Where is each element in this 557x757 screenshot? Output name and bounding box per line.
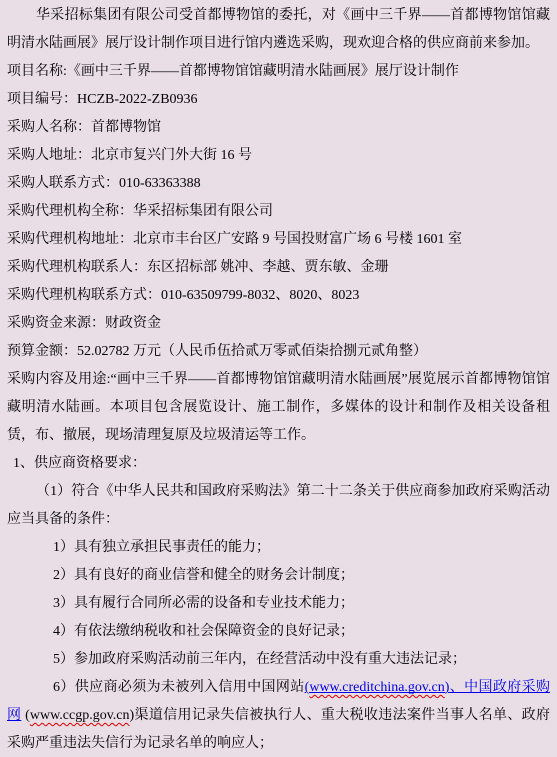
text-run: 华采招标集团有限公司受首都博物馆的委托，对《画中三千界——首都博物馆馆藏明清水陆…: [7, 8, 550, 51]
field-purchaser-address: 采购人地址：北京市复兴门外大街 16 号: [7, 142, 550, 170]
qualification-item-6: 6）供应商必须为未被列入信用中国网站(www.creditchina.gov.c…: [7, 674, 550, 757]
intro-paragraph: 华采招标集团有限公司受首都博物馆的委托，对《画中三千界——首都博物馆馆藏明清水陆…: [7, 2, 550, 58]
text-run: 采购代理机构联系方式：010-63509799-8032、8020、8023: [7, 288, 359, 303]
misspelled-url-text: www.creditchina.gov.cn: [309, 680, 444, 695]
text-run: 采购人名称：首都博物馆: [7, 120, 161, 135]
text-run: 3）具有履行合同所必需的设备和专业技术能力；: [53, 596, 354, 611]
field-project-number: 项目编号：HCZB-2022-ZB0936: [7, 86, 550, 114]
clause-1-law-article-22: （1）符合《中华人民共和国政府采购法》第二十二条关于供应商参加政府采购活动应当具…: [7, 478, 550, 534]
creditchina-gov-link[interactable]: www.creditchina.gov.cn: [309, 680, 444, 695]
field-agency-contacts: 采购代理机构联系人：东区招标部 姚冲、李越、贾东敏、金珊: [7, 254, 550, 282]
field-agency-address: 采购代理机构地址：北京市丰台区广安路 9 号国投财富广场 6 号楼 1601 室: [7, 226, 550, 254]
text-run: 5）参加政府采购活动前三年内，在经营活动中没有重大违法记录；: [53, 652, 466, 667]
text-run: 预算金额：52.02782 万元（人民币伍拾贰万零贰佰柒拾捌元贰角整）: [7, 344, 427, 359]
text-run: 采购代理机构地址：北京市丰台区广安路 9 号国投财富广场 6 号楼 1601 室: [7, 232, 462, 247]
qualification-item-5: 5）参加政府采购活动前三年内，在经营活动中没有重大违法记录；: [7, 646, 550, 674]
text-run: 1）具有独立承担民事责任的能力；: [53, 540, 270, 555]
section-supplier-qualification-heading: 1、供应商资格要求：: [7, 450, 550, 478]
text-run: （1）符合《中华人民共和国政府采购法》第二十二条关于供应商参加政府采购活动应当具…: [7, 484, 550, 527]
text-run: 采购代理机构全称：华采招标集团有限公司: [7, 204, 273, 219]
procurement-notice-document: 华采招标集团有限公司受首都博物馆的委托，对《画中三千界——首都博物馆馆藏明清水陆…: [7, 2, 550, 757]
text-run: 4）有依法缴纳税收和社会保障资金的良好记录；: [53, 624, 354, 639]
text-run: 采购人地址：北京市复兴门外大街 16 号: [7, 148, 252, 163]
text-run: 2）具有良好的商业信誉和健全的财务会计制度；: [53, 568, 354, 583]
field-agency-phone: 采购代理机构联系方式：010-63509799-8032、8020、8023: [7, 282, 550, 310]
field-content-purpose: 采购内容及用途:“画中三千界——首都博物馆馆藏明清水陆画展”展览展示首都博物馆馆…: [7, 366, 550, 450]
text-run: 采购代理机构联系人：东区招标部 姚冲、李越、贾东敏、金珊: [7, 260, 389, 275]
qualification-item-4: 4）有依法缴纳税收和社会保障资金的良好记录；: [7, 618, 550, 646]
text-run: 采购资金来源：财政资金: [7, 316, 161, 331]
ccgp-url-text: www.ccgp.gov.cn: [30, 708, 130, 723]
text-run: 项目名称:《画中三千界——首都博物馆馆藏明清水陆画展》展厅设计制作: [7, 64, 459, 79]
field-project-name: 项目名称:《画中三千界——首都博物馆馆藏明清水陆画展》展厅设计制作: [7, 58, 550, 86]
text-run: 1、供应商资格要求：: [13, 456, 146, 471]
text-run: 项目编号：HCZB-2022-ZB0936: [7, 92, 198, 107]
field-budget-amount: 预算金额：52.02782 万元（人民币伍拾贰万零贰佰柒拾捌元贰角整）: [7, 338, 550, 366]
qualification-item-1: 1）具有独立承担民事责任的能力；: [7, 534, 550, 562]
text-run: 采购内容及用途:“画中三千界——首都博物馆馆藏明清水陆画展”展览展示首都博物馆馆…: [7, 372, 550, 443]
field-purchaser-name: 采购人名称：首都博物馆: [7, 114, 550, 142]
qualification-item-3: 3）具有履行合同所必需的设备和专业技术能力；: [7, 590, 550, 618]
field-purchaser-phone: 采购人联系方式：010-63363388: [7, 170, 550, 198]
field-agency-name: 采购代理机构全称：华采招标集团有限公司: [7, 198, 550, 226]
text-run: 采购人联系方式：010-63363388: [7, 176, 201, 191]
qualification-item-2: 2）具有良好的商业信誉和健全的财务会计制度；: [7, 562, 550, 590]
text-run: 6）供应商必须为未被列入信用中国网站: [53, 680, 305, 695]
text-run: (: [21, 708, 30, 723]
field-fund-source: 采购资金来源：财政资金: [7, 310, 550, 338]
